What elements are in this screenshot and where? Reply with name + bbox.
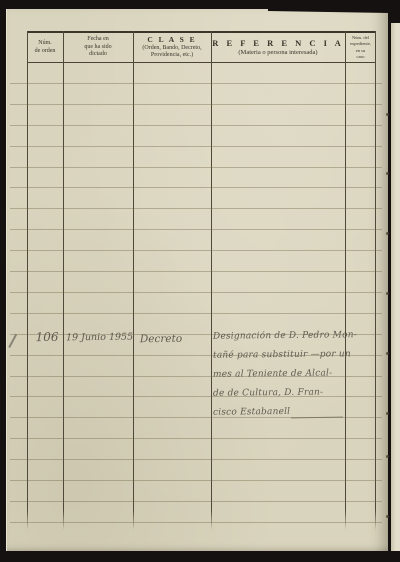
entry-referencia-line-4: de de Cultura, D. Fran-: [213, 387, 347, 398]
table-row-line: [10, 313, 382, 314]
entry-fecha: 19 Junio 1955: [66, 332, 128, 344]
table-row-line: [10, 271, 382, 272]
stitch-dot: [386, 352, 389, 355]
table-vertical-line: [345, 31, 346, 530]
table-row-line: [10, 522, 382, 523]
entry-referencia-line-2: tañé para substituir —por un: [213, 349, 347, 360]
header-divider-line: [27, 62, 376, 63]
table-vertical-line: [211, 31, 212, 530]
entry-referencia-line-1: Designación de D. Pedro Mon-: [213, 330, 347, 341]
entry-clase: Decreto: [130, 333, 192, 346]
header-cell-fecha: Fecha en que ha sido dictado: [63, 33, 133, 62]
header-cell-num-orden: Núm. de orden: [27, 33, 63, 62]
entry-referencia-line-3: mes al Teniente de Alcal-: [213, 368, 347, 379]
header-text: Providencia, etc.): [151, 52, 193, 60]
header-text: Núm.: [38, 40, 52, 48]
stitch-dot: [386, 172, 389, 175]
stitch-dot: [386, 515, 389, 518]
header-text: dictado: [89, 51, 107, 59]
table-row-line: [10, 459, 382, 460]
stitch-dot: [386, 232, 389, 235]
scanned-ledger-page: Núm. de orden Fecha en que ha sido dicta…: [0, 0, 400, 562]
header-text: Fecha en: [87, 36, 109, 44]
table-row-line: [10, 104, 382, 105]
table-row-line: [10, 208, 382, 209]
header-text: que ha sido: [84, 44, 111, 52]
header-cell-clase: C L A S E (Orden, Bando, Decreto, Provid…: [133, 33, 211, 62]
table-row-line: [10, 229, 382, 230]
stitch-dot: [386, 455, 389, 458]
header-text: R E F E R E N C I A: [212, 38, 344, 49]
stitch-dot: [386, 292, 389, 295]
table-row-line: [10, 480, 382, 481]
entry-num-orden: 106: [30, 330, 64, 344]
table-row-line: [10, 146, 382, 147]
header-text: caso: [356, 54, 364, 60]
table-row-line: [10, 250, 382, 251]
stitch-dot: [386, 113, 389, 116]
register-table: Núm. de orden Fecha en que ha sido dicta…: [27, 31, 376, 532]
stitch-dot: [386, 412, 389, 415]
table-row-line: [10, 438, 382, 439]
header-cell-expediente: Núm. del expediente, en su caso: [345, 33, 376, 62]
table-row-line: [10, 125, 382, 126]
table-vertical-line: [27, 31, 28, 530]
table-vertical-line: [375, 31, 376, 530]
header-text: C L A S E: [147, 35, 196, 44]
header-cell-referencia: R E F E R E N C I A (Materia o persona i…: [211, 33, 345, 62]
table-row-line: [10, 83, 382, 84]
header-text: de orden: [35, 48, 56, 56]
table-row-line: [10, 187, 382, 188]
table-vertical-line: [63, 31, 64, 530]
table-row-line: [10, 292, 382, 293]
table-vertical-line: [133, 31, 134, 530]
table-row-line: [10, 167, 382, 168]
table-row-line: [10, 501, 382, 502]
header-text: (Materia o persona interesada): [238, 49, 317, 57]
adjacent-page-edge: [391, 23, 400, 551]
